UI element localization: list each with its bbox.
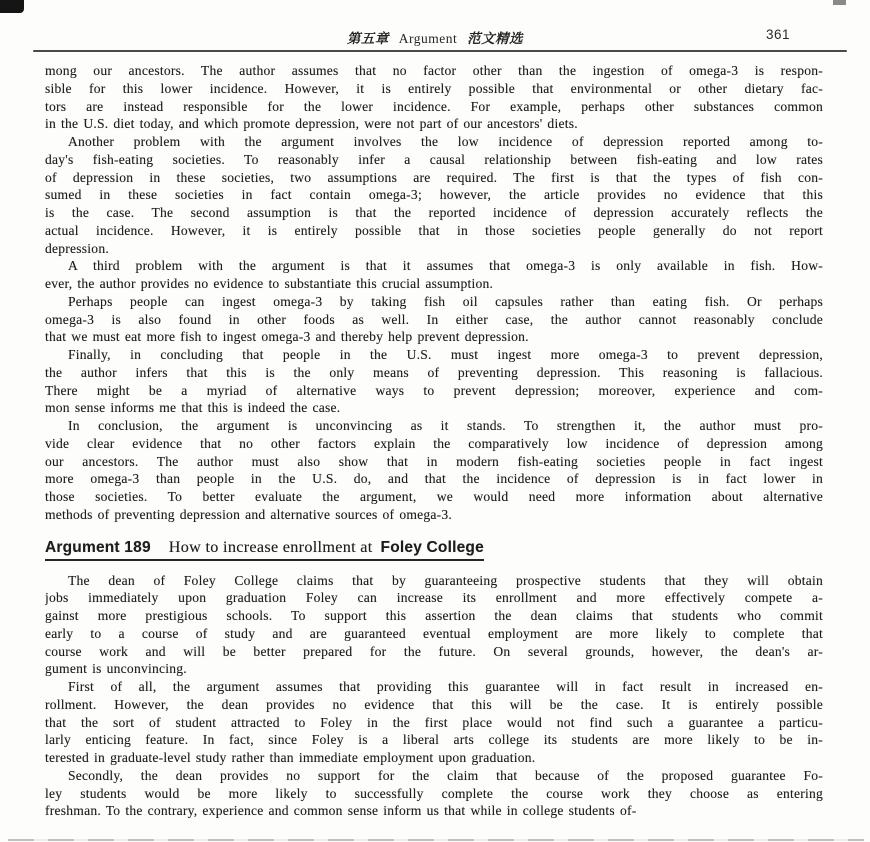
- text-line: Finally, in concluding that people in th…: [45, 346, 823, 364]
- text-line: First of all, the argument assumes that …: [45, 678, 823, 696]
- text-line: that we must eat more fish to ingest ome…: [45, 328, 823, 346]
- chapter-title-en: Argument: [399, 31, 458, 46]
- chapter-title: 第五章 Argument 范文精选: [0, 27, 870, 47]
- document-content: mong our ancestors. The author assumes t…: [0, 62, 870, 820]
- text-line: gument is unconvincing.: [45, 660, 823, 678]
- text-line: gainst more prestigious schools. To supp…: [45, 607, 823, 625]
- header-rule: [33, 50, 847, 52]
- text-line: depression.: [45, 240, 823, 258]
- paragraph: In conclusion, the argument is unconvinc…: [45, 417, 823, 524]
- text-line: vide clear evidence that no other factor…: [45, 435, 823, 453]
- argument-college: Foley College: [381, 539, 484, 556]
- text-line: rollment. However, the dean provides no …: [45, 696, 823, 714]
- text-line: sumed in these societies in fact contain…: [45, 186, 823, 204]
- section-heading: Argument 189How to increase enrollment a…: [45, 538, 484, 561]
- text-line: There might be a myriad of alternative w…: [45, 382, 823, 400]
- text-line: omega-3 is also found in other foods as …: [45, 311, 823, 329]
- scan-artifact-top-right: [833, 0, 846, 5]
- page-header: 第五章 Argument 范文精选 361: [0, 27, 870, 43]
- text-line: In conclusion, the argument is unconvinc…: [45, 417, 823, 435]
- paragraph: A third problem with the argument is tha…: [45, 257, 823, 293]
- text-line: ever, the author provides no evidence to…: [45, 275, 823, 293]
- text-line: larly enticing feature. In fact, since F…: [45, 731, 823, 749]
- text-line: mon sense informs me that this is indeed…: [45, 399, 823, 417]
- text-line: tors are instead responsible for the low…: [45, 98, 823, 116]
- text-line: Another problem with the argument involv…: [45, 133, 823, 151]
- text-line: methods of preventing depression and alt…: [45, 506, 823, 524]
- text-line: that the sort of student attracted to Fo…: [45, 714, 823, 732]
- book-page: 第五章 Argument 范文精选 361 mong our ancestors…: [0, 0, 870, 842]
- page-number: 361: [766, 27, 790, 42]
- text-line: early to a course of study and are guara…: [45, 625, 823, 643]
- text-line: The dean of Foley College claims that by…: [45, 572, 823, 590]
- paragraph: Finally, in concluding that people in th…: [45, 346, 823, 417]
- text-line: the author infers that this is the only …: [45, 364, 823, 382]
- scan-artifact-bottom-edge: [8, 839, 864, 841]
- text-line: terested in graduate-level study rather …: [45, 749, 823, 767]
- text-line: day's fish-eating societies. To reasonab…: [45, 151, 823, 169]
- text-line: our ancestors. The author must also show…: [45, 453, 823, 471]
- text-line: A third problem with the argument is tha…: [45, 257, 823, 275]
- scan-artifact-top-left: [0, 0, 24, 13]
- section-heading-row: Argument 189How to increase enrollment a…: [45, 538, 823, 564]
- paragraph: Another problem with the argument involv…: [45, 133, 823, 257]
- paragraph: First of all, the argument assumes that …: [45, 678, 823, 767]
- text-line: freshman. To the contrary, experience an…: [45, 802, 823, 820]
- chapter-title-cn: 范文精选: [467, 31, 523, 46]
- text-line: those societies. To better evaluate the …: [45, 488, 823, 506]
- paragraph: Secondly, the dean provides no support f…: [45, 767, 823, 820]
- text-line: jobs immediately upon graduation Foley c…: [45, 589, 823, 607]
- chapter-number: 第五章: [347, 31, 389, 46]
- text-line: is the case. The second assumption is th…: [45, 204, 823, 222]
- text-line: in the U.S. diet today, and which promot…: [45, 115, 823, 133]
- text-line: course work and will be better prepared …: [45, 643, 823, 661]
- text-line: Perhaps people can ingest omega-3 by tak…: [45, 293, 823, 311]
- paragraph: Perhaps people can ingest omega-3 by tak…: [45, 293, 823, 346]
- argument-title: How to increase enrollment at: [169, 538, 373, 556]
- paragraph: The dean of Foley College claims that by…: [45, 572, 823, 679]
- text-line: sible for this lower incidence. However,…: [45, 80, 823, 98]
- text-line: ley students would be more likely to suc…: [45, 785, 823, 803]
- text-line: more omega-3 than people in the U.S. do,…: [45, 470, 823, 488]
- argument-number: Argument 189: [45, 539, 151, 556]
- paragraph: mong our ancestors. The author assumes t…: [45, 62, 823, 133]
- text-line: Secondly, the dean provides no support f…: [45, 767, 823, 785]
- text-line: actual incidence. However, it is entirel…: [45, 222, 823, 240]
- text-line: mong our ancestors. The author assumes t…: [45, 62, 823, 80]
- text-line: of depression in these societies, two as…: [45, 169, 823, 187]
